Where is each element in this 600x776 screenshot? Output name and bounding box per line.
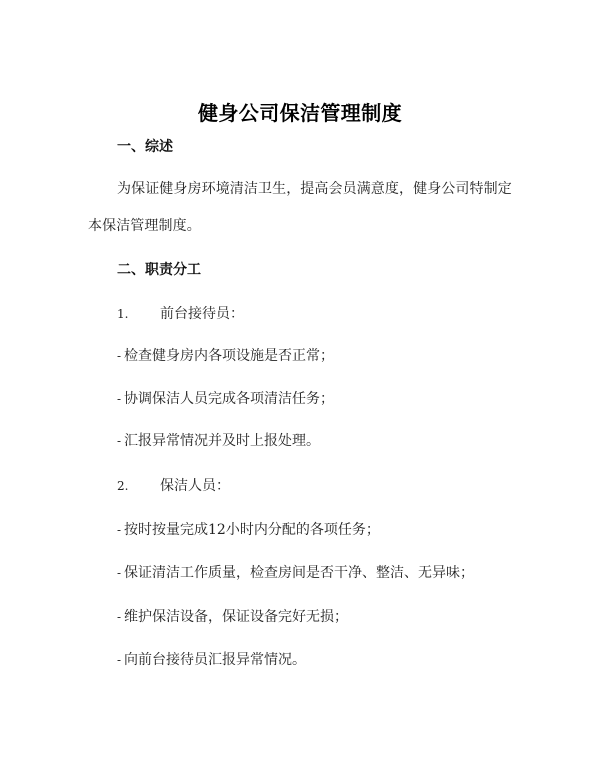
duty-text: 协调保洁人员完成各项清洁任务； xyxy=(124,391,334,407)
duty-item: -维护保洁设备，保证设备完好无损； xyxy=(117,610,348,624)
duty-text: 汇报异常情况并及时上报处理。 xyxy=(124,433,320,449)
role-item-front-desk: 1.前台接待员： xyxy=(117,307,244,321)
dash-bullet-icon: - xyxy=(117,654,123,666)
section-heading-responsibilities: 二、职责分工 xyxy=(117,263,201,277)
duty-text: 按时按量完成12小时内分配的各项任务； xyxy=(124,522,380,538)
role-item-cleaning-staff: 2.保洁人员： xyxy=(117,479,230,493)
duty-item: -协调保洁人员完成各项清洁任务； xyxy=(117,392,334,406)
dash-bullet-icon: - xyxy=(117,524,123,536)
role-number: 2. xyxy=(117,480,160,492)
duty-text: 向前台接待员汇报异常情况。 xyxy=(124,652,306,668)
document-page: 健身公司保洁管理制度 一、综述 为保证健身房环境清洁卫生，提高会员满意度，健身公… xyxy=(0,0,600,776)
duty-item: -按时按量完成12小时内分配的各项任务； xyxy=(117,523,380,537)
dash-bullet-icon: - xyxy=(117,611,123,623)
duty-item: -向前台接待员汇报异常情况。 xyxy=(117,653,306,667)
role-number: 1. xyxy=(117,308,160,320)
dash-bullet-icon: - xyxy=(117,567,123,579)
section-heading-overview: 一、综述 xyxy=(117,140,173,154)
duty-item: -检查健身房内各项设施是否正常； xyxy=(117,349,334,363)
dash-bullet-icon: - xyxy=(117,393,123,405)
duty-text: 保证清洁工作质量，检查房间是否干净、整洁、无异味； xyxy=(124,565,474,581)
overview-paragraph-line-2: 本保洁管理制度。 xyxy=(88,219,201,233)
duty-item: -汇报异常情况并及时上报处理。 xyxy=(117,434,320,448)
role-label: 保洁人员： xyxy=(160,478,230,494)
duty-item: -保证清洁工作质量，检查房间是否干净、整洁、无异味； xyxy=(117,566,474,580)
duty-text: 检查健身房内各项设施是否正常； xyxy=(124,348,334,364)
duty-text: 维护保洁设备，保证设备完好无损； xyxy=(124,609,348,625)
document-title: 健身公司保洁管理制度 xyxy=(0,103,600,123)
dash-bullet-icon: - xyxy=(117,435,123,447)
dash-bullet-icon: - xyxy=(117,350,123,362)
overview-paragraph-line-1: 为保证健身房环境清洁卫生，提高会员满意度，健身公司特制定 xyxy=(117,182,512,196)
role-label: 前台接待员： xyxy=(160,306,244,322)
